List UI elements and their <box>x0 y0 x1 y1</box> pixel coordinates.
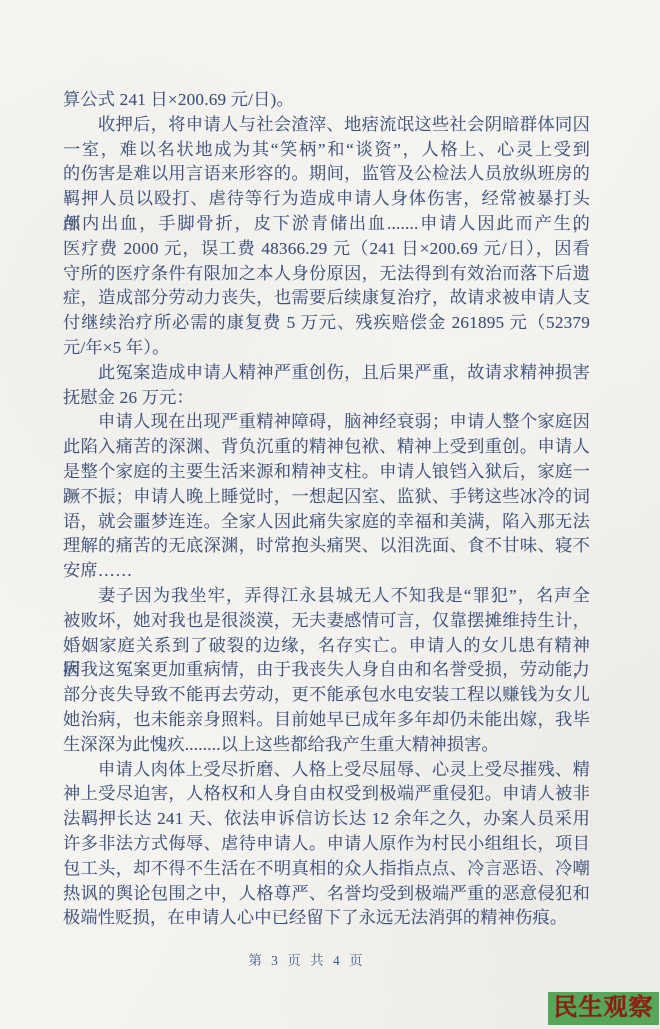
text-line: 妻子因为我坐牢，弄得江永县城无人不知我是“罪犯”，名声全 <box>63 584 590 609</box>
text-line: 申请人现在出现严重精神障碍，脑神经衰弱；申请人整个家庭因 <box>63 410 590 435</box>
watermark-badge: 民生观察 <box>548 992 659 1025</box>
text-line: 守所的医疗条件有限加之本人身份原因，无法得到有效治而落下后遗 <box>63 262 590 287</box>
text-line: 神上受尽迫害，人格权和人身自由权受到极端严重侵犯。申请人被非 <box>63 782 590 807</box>
text-line: 算公式 241 日×200.69 元/日)。 <box>63 88 590 113</box>
text-line: 收押后，将申请人与社会渣滓、地痞流氓这些社会阴暗群体同囚 <box>63 113 590 138</box>
text-line: 极端性贬损，在申请人心中已经留下了永远无法消弭的精神伤痕。 <box>63 906 590 931</box>
text-line: 法羁押长达 241 天、依法申诉信访长达 12 余年之久，办案人员采用 <box>63 807 590 832</box>
text-line: 部分丧失导致不能再去劳动，更不能承包水电安装工程以赚钱为女儿 <box>63 683 590 708</box>
text-line: 被败坏，她对我也是很淡漠，无夫妻感情可言，仅靠摆摊维持生计， <box>63 609 590 634</box>
text-line: 安席…… <box>63 559 590 584</box>
page-number: 第 3 页 共 4 页 <box>0 949 614 969</box>
text-line: 包工头，却不得不生活在不明真相的众人指指点点、冷言恶语、冷嘲 <box>63 857 590 882</box>
text-line: 抚慰金 26 万元： <box>63 386 590 411</box>
text-line: 此陷入痛苦的深渊、背负沉重的精神包袱、精神上受到重创。申请人 <box>63 435 590 460</box>
text-line: 语，就会噩梦连连。全家人因此痛失家庭的幸福和美满，陷入那无法 <box>63 510 590 535</box>
text-line: 元/年×5 年）。 <box>63 336 590 361</box>
text-line: 一室，难以名状地成为其“笑柄”和“谈资”，人格上、心灵上受到 <box>63 138 590 163</box>
text-line: 许多非法方式侮辱、虐待申请人。申请人原作为村民小组组长，项目 <box>63 832 590 857</box>
text-line: 生深深为此愧疚........以上这些都给我产生重大精神损害。 <box>63 733 590 758</box>
text-line: 症，造成部分劳动力丧失，也需要后续康复治疗，故请求被申请人支 <box>63 286 590 311</box>
text-line: 她治病，也未能亲身照料。目前她早已成年多年却仍未能出嫁，我毕 <box>63 708 590 733</box>
document-body: 算公式 241 日×200.69 元/日)。 收押后，将申请人与社会渣滓、地痞流… <box>63 88 590 931</box>
text-line: 的伤害是难以用言语来形容的。期间，监管及公检法人员放纵班房的 <box>63 162 590 187</box>
text-line: 此冤案造成申请人精神严重创伤，且后果严重，故请求精神损害 <box>63 361 590 386</box>
text-line: 医疗费 2000 元，误工费 48366.29 元（241 日×200.69 元… <box>63 237 590 262</box>
text-line: 因我这冤案更加重病情，由于我丧失人身自由和名誉受损，劳动能力 <box>63 658 590 683</box>
text-line: 申请人肉体上受尽折磨、人格上受尽屈辱、心灵上受尽摧残、精 <box>63 758 590 783</box>
text-line: 颅内出血，手脚骨折，皮下淤青储出血.......申请人因此而产生的 <box>63 212 590 237</box>
text-line: 婚姻家庭关系到了破裂的边缘，名存实亡。申请人的女儿患有精神病， <box>63 634 590 659</box>
text-line: 热讽的舆论包围之中，人格尊严、名誉均受到极端严重的恶意侵犯和 <box>63 882 590 907</box>
document-page: 算公式 241 日×200.69 元/日)。 收押后，将申请人与社会渣滓、地痞流… <box>0 0 660 1029</box>
text-line: 是整个家庭的主要生活来源和精神支柱。申请人锒铛入狱后，家庭一 <box>63 460 590 485</box>
text-line: 理解的痛苦的无底深渊，时常抱头痛哭、以泪洗面、食不甘味、寝不 <box>63 534 590 559</box>
text-line: 付继续治疗所必需的康复费 5 万元、残疾赔偿金 261895 元（52379 <box>63 311 590 336</box>
text-line: 蹶不振；申请人晚上睡觉时，一想起囚室、监狱、手铐这些冰冷的词 <box>63 485 590 510</box>
text-line: 羁押人员以殴打、虐待等行为造成申请人身体伤害，经常被暴打头部， <box>63 187 590 212</box>
